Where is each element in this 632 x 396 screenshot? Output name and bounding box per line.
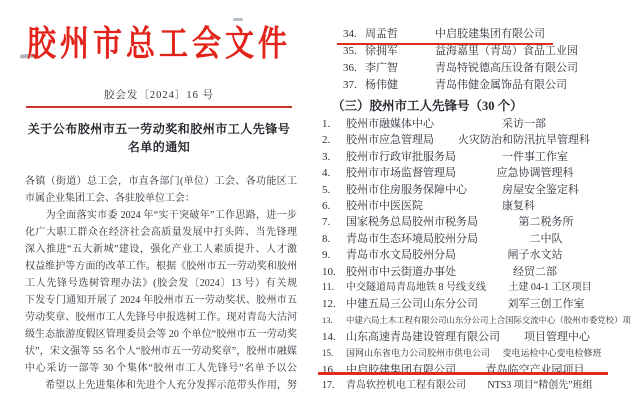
- org-name: 国网山东省电力公司胶州市供电公司: [346, 345, 490, 361]
- pioneer-row: 7. 国家税务总局胶州市税务局 第二税务所: [318, 214, 614, 230]
- notice-body: 各镇（街道）总工会，市直各部门(单位）工会、各功能区工会、 市属企业集团工会、各…: [25, 173, 297, 394]
- pioneer-row: 12. 中建五局三公司山东分公司 刘军三创工作室: [318, 296, 614, 312]
- row-number: 11.: [322, 280, 346, 296]
- dept-name: 房屋安全鉴定科: [467, 182, 614, 198]
- row-number: 17.: [322, 378, 346, 394]
- body-line: 状”，宋文强等 55 名个人“胶州市五一劳动奖章”，胶州市融媒体: [25, 343, 297, 360]
- pioneer-list: 1. 胶州市融媒体中心 采访一部 2. 胶州市应急管理局 火灾防治和防汛抗旱管理…: [318, 116, 614, 395]
- body-line: 为全面落实市委 2024 年“实干突破年”工作思路，进一步强: [25, 207, 297, 224]
- medal-award-list: 34. 周孟哲 中启胶建集团有限公司 35. 徐拥军 益海嘉里（青岛）食品工业园…: [318, 26, 614, 94]
- pioneer-row: 10. 胶州市中云街道办事处 经贸二部: [318, 264, 614, 280]
- dept-name: 一件事工作室: [456, 149, 614, 165]
- row-number: 9.: [322, 247, 346, 263]
- dept-name: NTS3 项目“精创先”班组: [466, 378, 614, 394]
- award-row: 35. 徐拥军 益海嘉里（青岛）食品工业园: [318, 43, 614, 60]
- left-page: 胶州市总工会文件 胶会发〔2024〕16 号 关于公布胶州市五一劳动奖和胶州市工…: [8, 0, 310, 396]
- red-underline-row34: [337, 43, 553, 45]
- section-heading-pioneer: （三）胶州市工人先锋号（30 个）: [332, 96, 614, 116]
- dept-name: 青岛临空产业园项目: [456, 362, 614, 378]
- org-name: 胶州市融媒体中心: [346, 116, 434, 132]
- awardee-name: 徐拥军: [365, 43, 435, 60]
- org-name: 胶州市市场监督管理局: [346, 165, 456, 181]
- dept-name: 项目管理中心: [500, 329, 614, 345]
- dept-name: 康复科: [423, 198, 614, 214]
- row-number: 2.: [322, 132, 346, 148]
- awardee-org: 青岛特锐德高压设备有限公司: [435, 60, 578, 77]
- dept-name: 二中队: [478, 231, 614, 247]
- dept-name: 土建 04-1 工区项目: [486, 280, 614, 296]
- document-number: 胶会发〔2024〕16 号: [8, 89, 310, 102]
- body-line: 工人先锋号选树管理办法》(胶会发〔2024〕13 号）有关规定，: [25, 275, 297, 292]
- row-number: 1.: [322, 116, 346, 132]
- row-number: 15.: [322, 345, 346, 361]
- row-number: 34.: [343, 26, 365, 43]
- org-name: 中建五局三公司山东分公司: [346, 296, 478, 312]
- dept-name: 刘军三创工作室: [478, 296, 614, 312]
- org-name: 山东高速青岛建设管理有限公司: [346, 329, 500, 345]
- awardee-name: 李广智: [365, 60, 435, 77]
- row-number: 35.: [343, 43, 365, 60]
- body-line: 深入推进“五大新城”建设，强化产业工人素质提升、人才激励、: [25, 241, 297, 258]
- org-name: 胶州市中医医院: [346, 198, 423, 214]
- row-number: 14.: [322, 329, 346, 345]
- dept-name: 变电运检中心变电检修班: [490, 345, 614, 361]
- body-line: 希望以上先进集体和先进个人充分发挥示范带头作用，努力: [25, 377, 297, 394]
- award-row: 36. 李广智 青岛特锐德高压设备有限公司: [318, 60, 614, 77]
- row-number: 10.: [322, 264, 346, 280]
- row-number: 6.: [322, 198, 346, 214]
- body-line: 下发专门通知开展了 2024 年胶州市五一劳动奖状、胶州市五一: [25, 292, 297, 309]
- pioneer-row: 1. 胶州市融媒体中心 采访一部: [318, 116, 614, 132]
- body-line: 权益维护等方面的改革工作。根据《胶州市五一劳动奖和胶州市: [25, 258, 297, 275]
- dept-name: 应急协调管理科: [456, 165, 614, 181]
- award-row: 37. 杨伟健 青岛伟健金属饰品有限公司: [318, 77, 614, 94]
- org-name: 胶州市中云街道办事处: [346, 264, 456, 280]
- pioneer-row: 11. 中交隧道局青岛地铁 8 号线支线 土建 04-1 工区项目: [318, 280, 614, 296]
- pioneer-row: 17. 青岛软控机电工程有限公司 NTS3 项目“精创先”班组: [318, 378, 614, 394]
- pioneer-row: 16. 中启胶建集团有限公司 青岛临空产业园项目: [318, 362, 614, 378]
- org-name: 中启胶建集团有限公司: [346, 362, 456, 378]
- body-line: 级生态旅游度假区管理委员会等 20 个单位“胶州市五一劳动奖: [25, 326, 297, 343]
- body-line: 劳动奖章、胶州市工人先锋号申报选树工作。现对青岛大沽河省: [25, 309, 297, 326]
- body-line: 各镇（街道）总工会，市直各部门(单位）工会、各功能区工会、: [25, 173, 297, 190]
- scanned-document-canvas: 胶州市总工会文件 胶会发〔2024〕16 号 关于公布胶州市五一劳动奖和胶州市工…: [0, 0, 632, 396]
- org-name: 青岛软控机电工程有限公司: [346, 378, 466, 394]
- awardee-org: 青岛伟健金属饰品有限公司: [435, 77, 567, 94]
- org-name: 青岛市生态环境局胶州分局: [346, 231, 478, 247]
- award-row: 34. 周孟哲 中启胶建集团有限公司: [318, 26, 614, 43]
- dept-name: 采访一部: [434, 116, 614, 132]
- awardee-org: 益海嘉里（青岛）食品工业园: [435, 43, 578, 60]
- scan-artifact: [233, 18, 243, 21]
- org-name: 中建六局土木工程有限公司山东分公司: [346, 313, 488, 329]
- notice-title-line1: 关于公布胶州市五一劳动奖和胶州市工人先锋号: [8, 120, 310, 138]
- right-page: 34. 周孟哲 中启胶建集团有限公司 35. 徐拥军 益海嘉里（青岛）食品工业园…: [318, 0, 614, 396]
- row-number: 4.: [322, 165, 346, 181]
- row-number: 16.: [322, 362, 346, 378]
- org-name: 青岛市水文局胶州分局: [346, 247, 456, 263]
- pioneer-row: 2. 胶州市应急管理局 火灾防治和防汛抗旱管理科: [318, 132, 614, 148]
- body-line: 中心采访一部等 30 个集体“胶州市工人先锋号”名单予以公布。: [25, 360, 297, 377]
- org-name: 中交隧道局青岛地铁 8 号线支线: [346, 280, 486, 296]
- pioneer-row: 14. 山东高速青岛建设管理有限公司 项目管理中心: [318, 329, 614, 345]
- awardee-name: 杨伟健: [365, 77, 435, 94]
- row-number: 5.: [322, 182, 346, 198]
- body-line: 化广大职工群众在经济社会高质量发展中打头阵、当先锋理念，: [25, 224, 297, 241]
- dept-name: 经贸二部: [456, 264, 614, 280]
- org-name: 胶州市应急管理局: [346, 132, 434, 148]
- document-header-title: 胶州市总工会文件: [8, 26, 310, 63]
- row-number: 36.: [343, 60, 365, 77]
- row-number: 7.: [322, 214, 346, 230]
- org-name: 胶州市行政审批服务局: [346, 149, 456, 165]
- pioneer-row: 6. 胶州市中医医院 康复科: [318, 198, 614, 214]
- row-number: 3.: [322, 149, 346, 165]
- row-number: 13.: [322, 313, 346, 329]
- pioneer-row: 5. 胶州市住房服务保障中心 房屋安全鉴定科: [318, 182, 614, 198]
- pioneer-row: 3. 胶州市行政审批服务局 一件事工作室: [318, 149, 614, 165]
- pioneer-row: 9. 青岛市水文局胶州分局 闸子水文站: [318, 247, 614, 263]
- pioneer-row: 4. 胶州市市场监督管理局 应急协调管理科: [318, 165, 614, 181]
- body-line: 市属企业集团工会、各驻胶单位工会：: [25, 190, 297, 207]
- row-number: 8.: [322, 231, 346, 247]
- notice-title-line2: 名单的通知: [8, 138, 310, 156]
- dept-name: 闸子水文站: [456, 247, 614, 263]
- org-name: 国家税务总局胶州市税务局: [346, 214, 478, 230]
- pioneer-row: 13. 中建六局土木工程有限公司山东分公司 上合国际交流中心（胶州市委党校）项目: [318, 313, 614, 329]
- red-underline-row16: [318, 372, 608, 375]
- dept-name: 第二税务所: [478, 214, 614, 230]
- red-separator-rule: [26, 106, 292, 108]
- awardee-org: 中启胶建集团有限公司: [435, 26, 545, 43]
- awardee-name: 周孟哲: [365, 26, 435, 43]
- pioneer-row: 15. 国网山东省电力公司胶州市供电公司 变电运检中心变电检修班: [318, 345, 614, 361]
- pioneer-row: 8. 青岛市生态环境局胶州分局 二中队: [318, 231, 614, 247]
- org-name: 胶州市住房服务保障中心: [346, 182, 467, 198]
- dept-name: 火灾防治和防汛抗旱管理科: [434, 132, 614, 148]
- row-number: 37.: [343, 77, 365, 94]
- row-number: 12.: [322, 296, 346, 312]
- dept-name: 上合国际交流中心（胶州市委党校）项目: [488, 313, 632, 329]
